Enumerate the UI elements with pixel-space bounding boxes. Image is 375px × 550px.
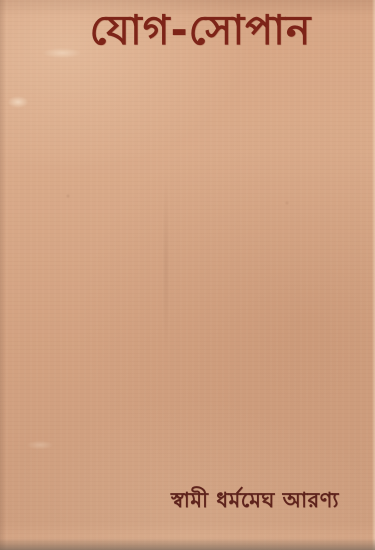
book-title: যোগ-সোপান [0,8,375,53]
paper-texture [0,0,375,550]
book-author: স্বামী ধর্মমেঘ আরণ্য [171,484,339,519]
scan-bottom-edge-shadow [0,538,375,550]
book-cover: যোগ-সোপান স্বামী ধর্মমেঘ আরণ্য [0,0,375,550]
